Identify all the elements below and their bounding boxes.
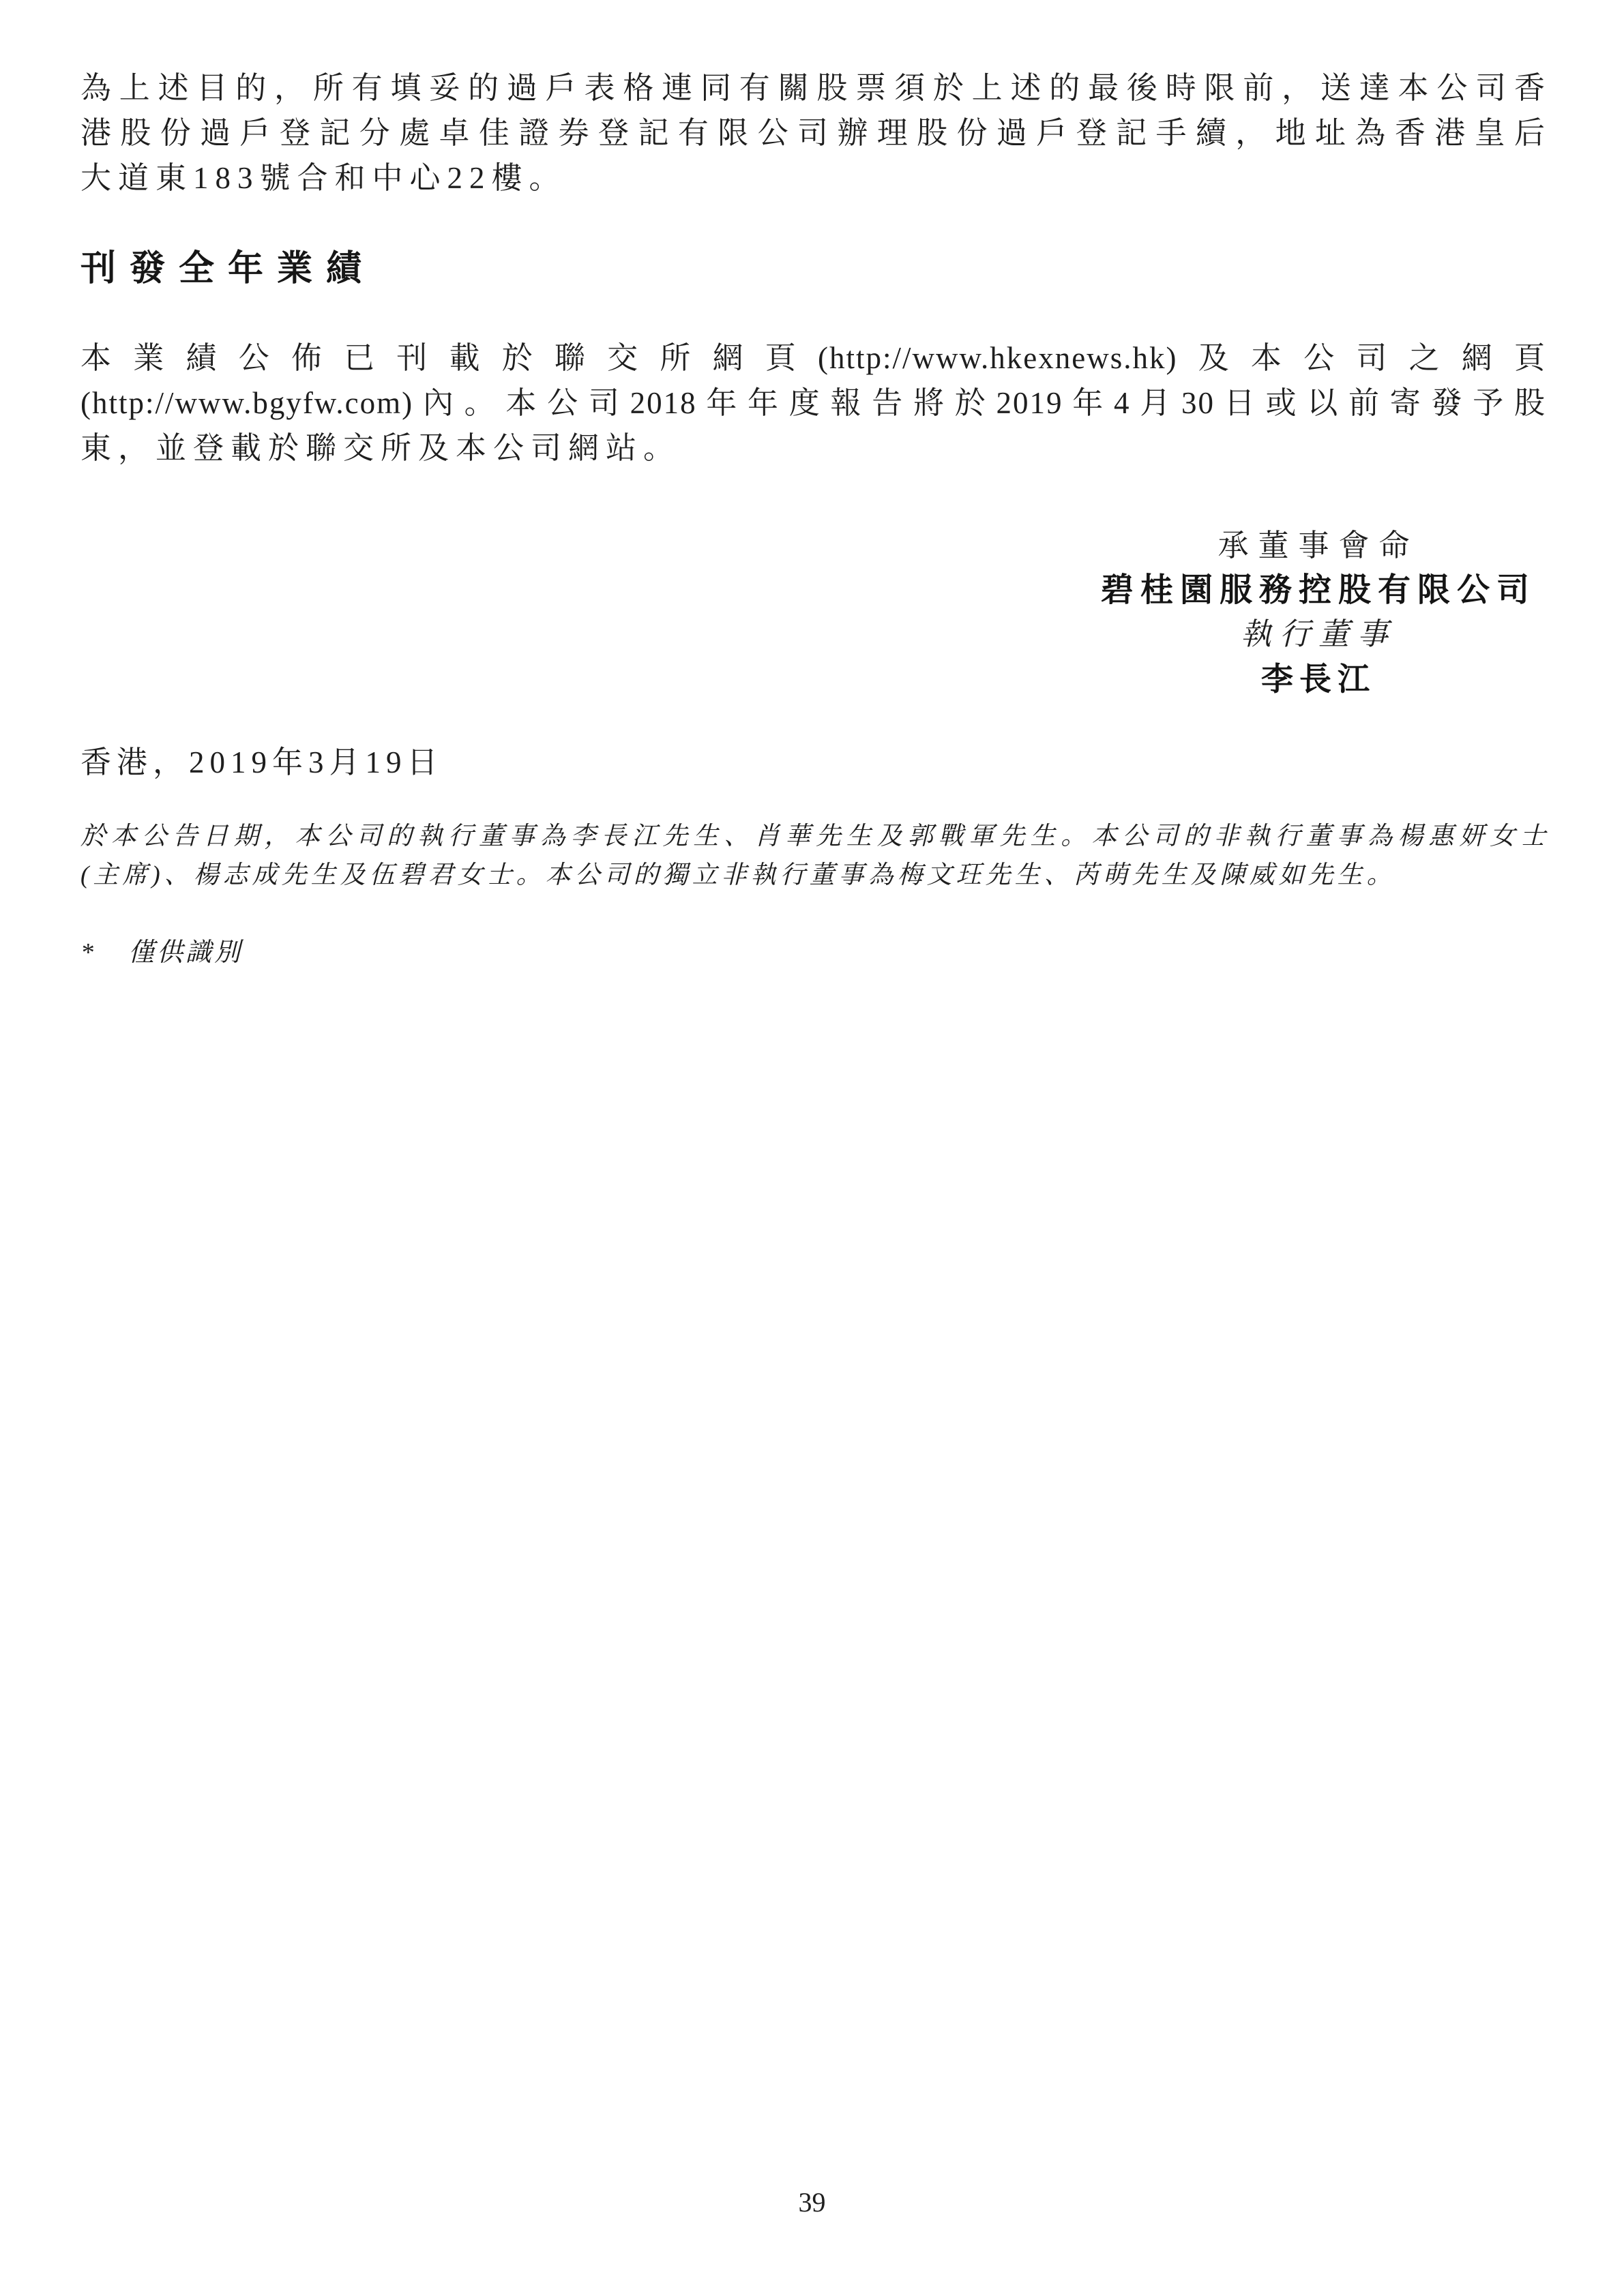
- paragraph-line: 本業績公佈已刊載於聯交所網頁(http://www.hkexnews.hk)及本…: [80, 336, 1546, 381]
- paragraph-line: 東，並登載於聯交所及本公司網站。: [80, 426, 1546, 471]
- paragraph-line: 為上述目的，所有填妥的過戶表格連同有關股票須於上述的最後時限前，送達本公司香: [80, 65, 1546, 110]
- document-page: 為上述目的，所有填妥的過戶表格連同有關股票須於上述的最後時限前，送達本公司香 港…: [0, 0, 1624, 2296]
- paragraph-publication-details: 本業績公佈已刊載於聯交所網頁(http://www.hkexnews.hk)及本…: [80, 336, 1546, 471]
- paragraph-line: 大道東183號合和中心22樓。: [80, 155, 1546, 200]
- footnote-identification-only: *僅供識別: [80, 936, 1546, 970]
- signature-block: 承董事會命 碧桂園服務控股有限公司 執行董事 李長江: [1093, 524, 1544, 701]
- paragraph-line: (http://www.bgyfw.com)內。本公司2018年年度報告將於20…: [80, 381, 1546, 426]
- footnote-text: 僅供識別: [128, 936, 243, 970]
- directors-note-line: (主席)、楊志成先生及伍碧君女士。本公司的獨立非執行董事為梅文玨先生、芮萌先生及…: [80, 856, 1546, 895]
- place-and-date-line: 香港，2019年3月19日: [80, 740, 1546, 785]
- directors-composition-note: 於本公告日期，本公司的執行董事為李長江先生、肖華先生及郭戰軍先生。本公司的非執行…: [80, 817, 1546, 895]
- paragraph-transfer-instructions: 為上述目的，所有填妥的過戶表格連同有關股票須於上述的最後時限前，送達本公司香 港…: [80, 65, 1546, 200]
- signature-company-name: 碧桂園服務控股有限公司: [1093, 568, 1544, 612]
- signature-director-title: 執行董事: [1093, 612, 1544, 657]
- signature-director-name: 李長江: [1093, 657, 1544, 701]
- section-heading-publication-of-annual-results: 刊發全年業績: [80, 244, 1546, 293]
- signature-by-order-of-board: 承董事會命: [1093, 524, 1544, 568]
- paragraph-line: 港股份過戶登記分處卓佳證券登記有限公司辦理股份過戶登記手續，地址為香港皇后: [80, 110, 1546, 155]
- page-number: 39: [0, 2186, 1624, 2220]
- footnote-asterisk-marker: *: [80, 936, 97, 970]
- directors-note-line: 於本公告日期，本公司的執行董事為李長江先生、肖華先生及郭戰軍先生。本公司的非執行…: [80, 817, 1546, 856]
